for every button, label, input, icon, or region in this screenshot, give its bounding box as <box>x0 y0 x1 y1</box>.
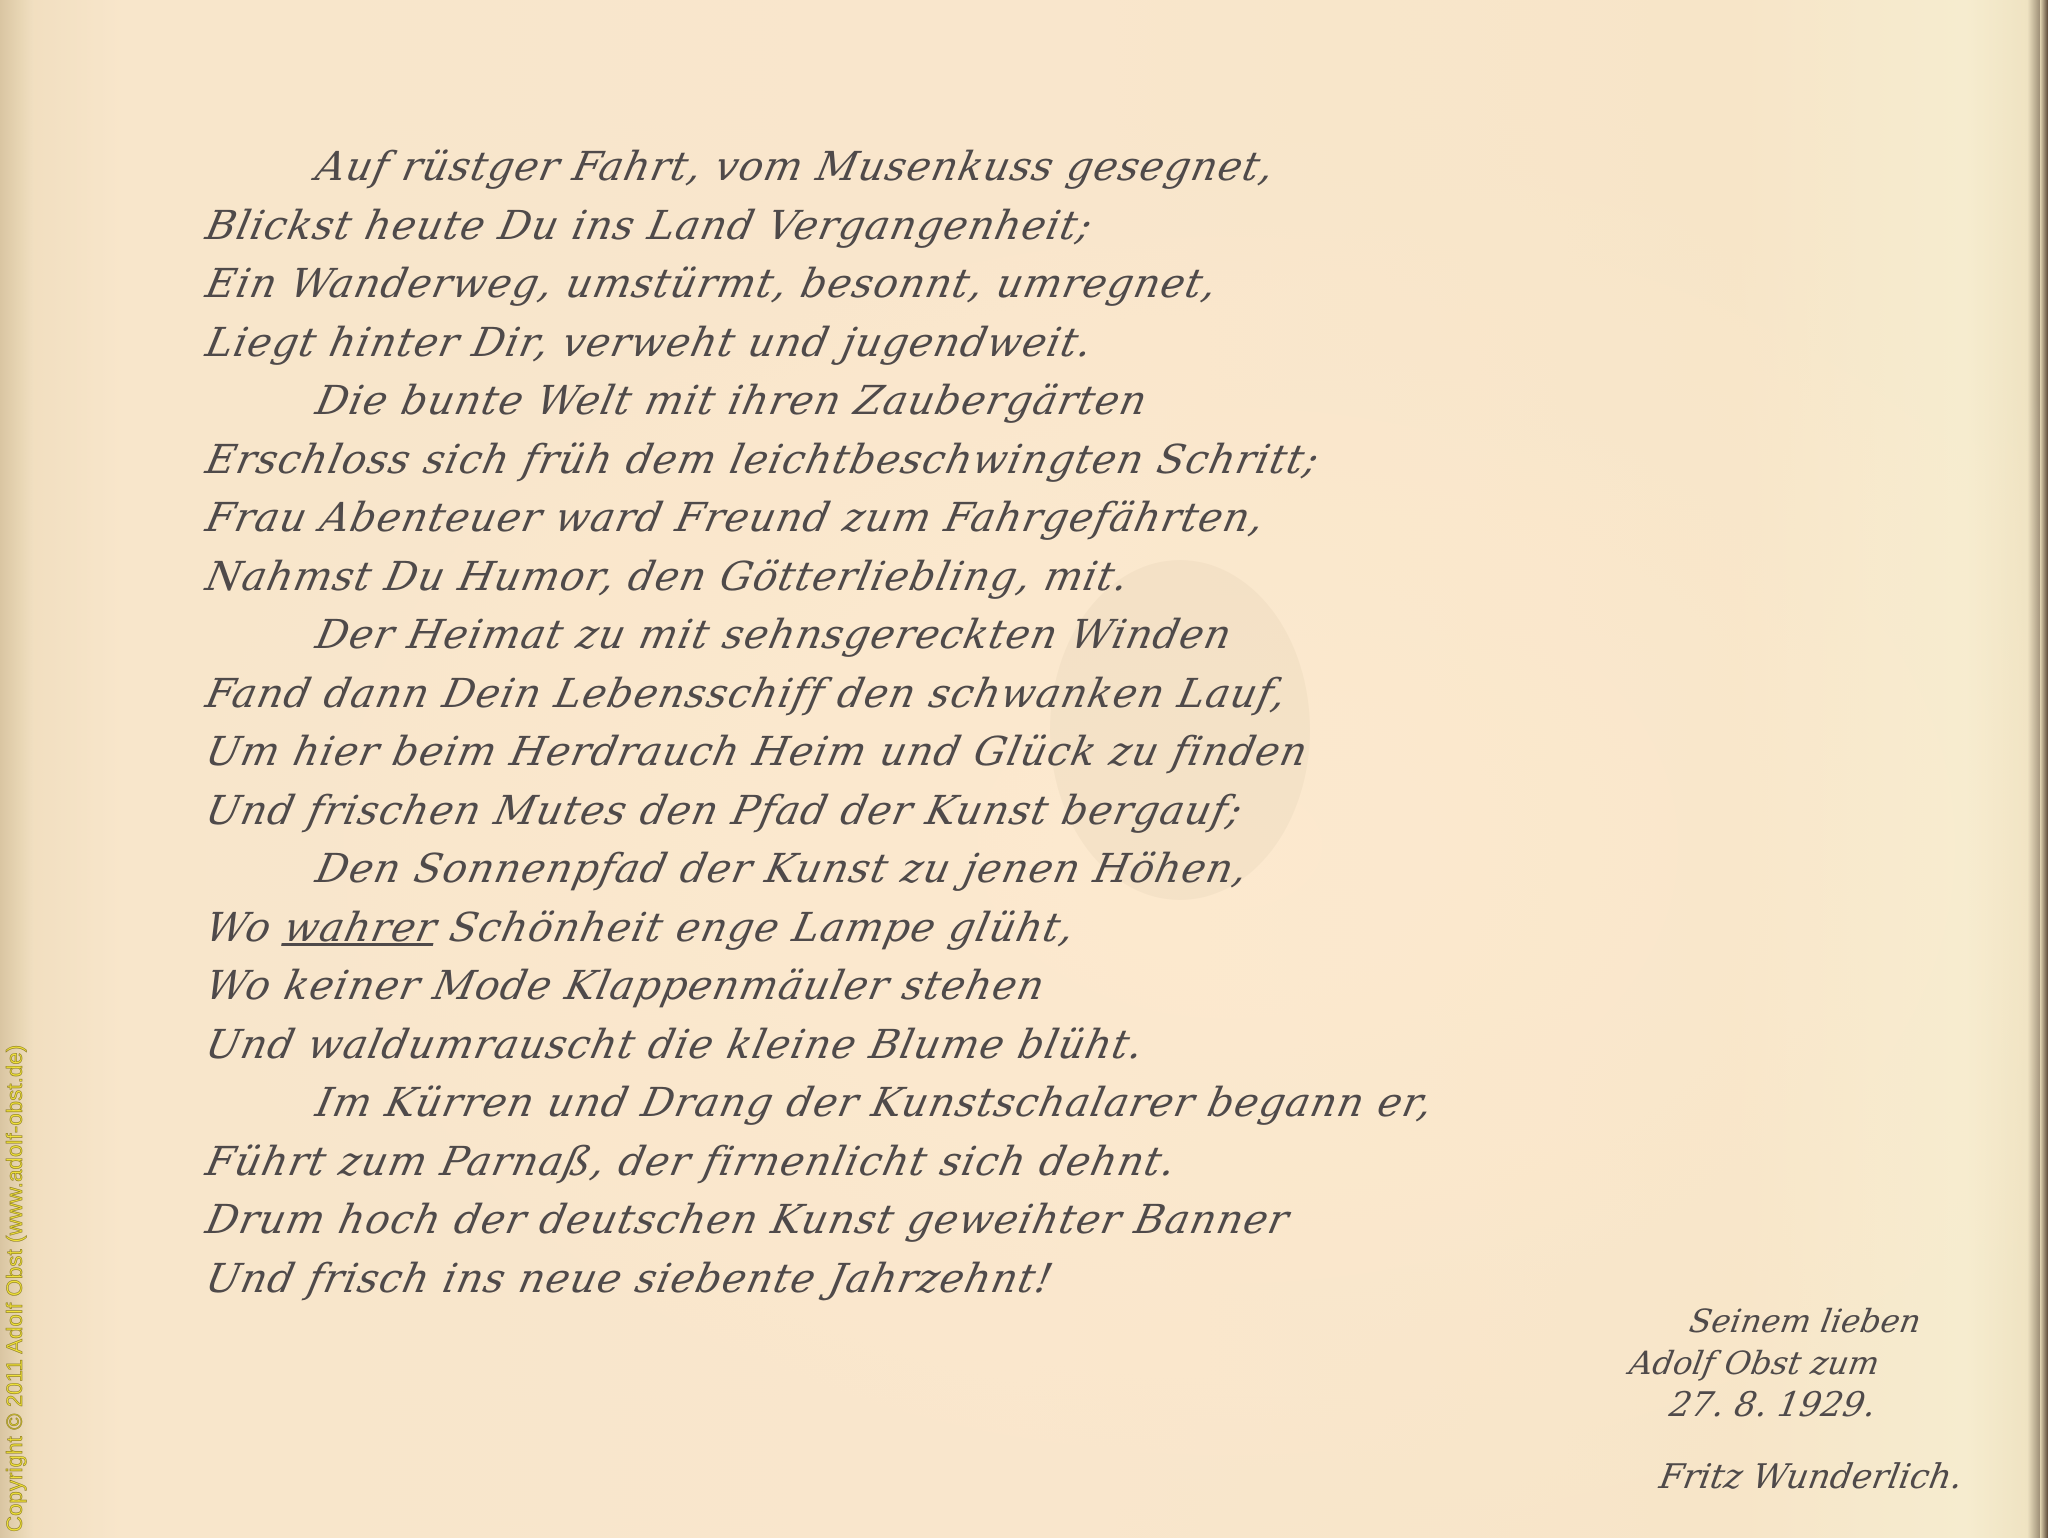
poem-line: Ein Wanderweg, umstürmt, besonnt, umregn… <box>200 257 1712 316</box>
stanza-2: Die bunte Welt mit ihren Zaubergärten Er… <box>200 374 1700 608</box>
stanza-1: Auf rüstger Fahrt, vom Musenkuss gesegne… <box>200 140 1700 374</box>
page-edge <box>2040 0 2048 1538</box>
poem-line: Liegt hinter Dir, verweht und jugendweit… <box>200 316 1712 375</box>
stanza-5: Im Kürren und Drang der Kunstschalarer b… <box>200 1076 1700 1310</box>
poem-line: Wo wahrer Schönheit enge Lampe glüht, <box>200 901 1712 960</box>
poem-line: Und frischen Mutes den Pfad der Kunst be… <box>200 784 1712 843</box>
poem-line: Erschloss sich früh dem leichtbeschwingt… <box>200 433 1712 492</box>
poem-line: Wo keiner Mode Klappenmäuler stehen <box>200 959 1712 1018</box>
underlined-word: wahrer <box>280 905 442 951</box>
poem-line: Um hier beim Herdrauch Heim und Glück zu… <box>200 725 1712 784</box>
poem-line: Die bunte Welt mit ihren Zaubergärten <box>200 374 1712 433</box>
dedication-line: Adolf Obst zum <box>1616 1342 2003 1384</box>
poem-line: Blickst heute Du ins Land Vergangenheit; <box>200 199 1712 258</box>
stanza-4: Den Sonnenpfad der Kunst zu jenen Höhen,… <box>200 842 1700 1076</box>
signature: Fritz Wunderlich. <box>1616 1456 2003 1498</box>
dedication-date: 27. 8. 1929. <box>1616 1384 2003 1426</box>
poem-line: Drum hoch der deutschen Kunst geweihter … <box>200 1193 1712 1252</box>
poem-line: Frau Abenteuer ward Freund zum Fahrgefäh… <box>200 491 1712 550</box>
poem-line: Der Heimat zu mit sehnsgereckten Winden <box>200 608 1712 667</box>
poem-line: Und frisch ins neue siebente Jahrzehnt! <box>200 1252 1712 1311</box>
scanned-page: Auf rüstger Fahrt, vom Musenkuss gesegne… <box>0 0 2048 1538</box>
stanza-3: Der Heimat zu mit sehnsgereckten Winden … <box>200 608 1700 842</box>
dedication: Seinem lieben Adolf Obst zum 27. 8. 1929… <box>1620 1300 2000 1498</box>
poem-line: Nahmst Du Humor, den Götterliebling, mit… <box>200 550 1712 609</box>
poem: Auf rüstger Fahrt, vom Musenkuss gesegne… <box>200 140 1700 1310</box>
poem-line: Im Kürren und Drang der Kunstschalarer b… <box>200 1076 1712 1135</box>
dedication-line: Seinem lieben <box>1616 1300 2003 1342</box>
poem-line: Auf rüstger Fahrt, vom Musenkuss gesegne… <box>200 140 1712 199</box>
copyright-watermark: Copyright © 2011 Adolf Obst (www.adolf-o… <box>2 1045 28 1532</box>
poem-line: Fand dann Dein Lebensschiff den schwanke… <box>200 667 1712 726</box>
poem-line: Den Sonnenpfad der Kunst zu jenen Höhen, <box>200 842 1712 901</box>
poem-line: Und waldumrauscht die kleine Blume blüht… <box>200 1018 1712 1077</box>
poem-line: Führt zum Parnaß, der firnenlicht sich d… <box>200 1135 1712 1194</box>
